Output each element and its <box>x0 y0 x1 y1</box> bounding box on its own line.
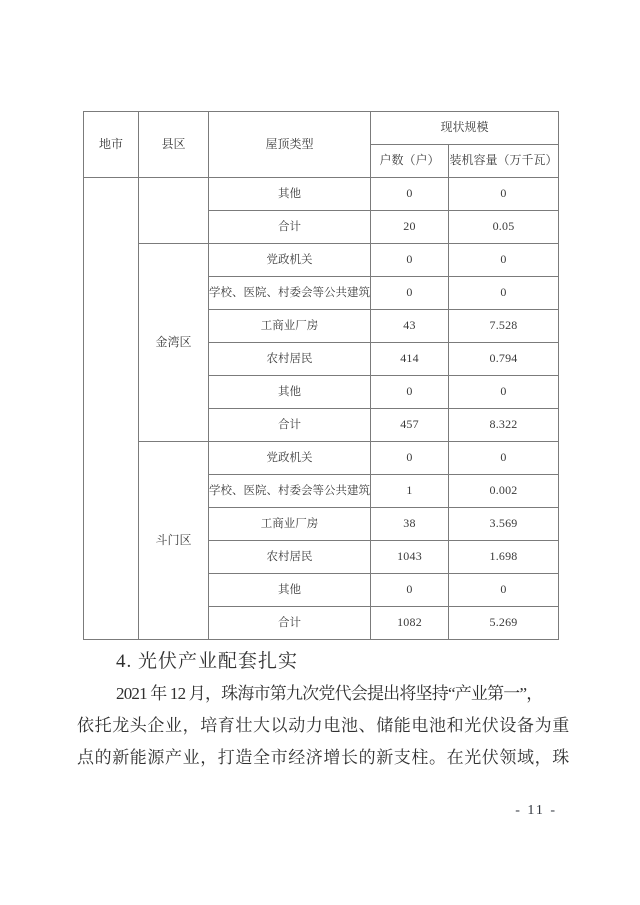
households-cell: 1082 <box>371 607 449 640</box>
capacity-cell: 0 <box>449 244 559 277</box>
rooftype-cell: 农村居民 <box>209 541 371 574</box>
header-cell-county: 县区 <box>139 112 209 178</box>
capacity-cell: 0 <box>449 442 559 475</box>
table-row: 其他00 <box>84 178 559 211</box>
rooftype-cell: 合计 <box>209 409 371 442</box>
rooftype-cell: 工商业厂房 <box>209 310 371 343</box>
capacity-cell: 5.269 <box>449 607 559 640</box>
capacity-cell: 0.05 <box>449 211 559 244</box>
rooftype-cell: 党政机关 <box>209 442 371 475</box>
capacity-cell: 0.794 <box>449 343 559 376</box>
document-page: 地市 县区 屋顶类型 现状规模 户数（户） 装机容量（万千瓦） 其他00合计20… <box>0 0 640 905</box>
rooftype-cell: 其他 <box>209 376 371 409</box>
capacity-cell: 0 <box>449 574 559 607</box>
households-cell: 1 <box>371 475 449 508</box>
households-cell: 0 <box>371 442 449 475</box>
rooftype-cell: 其他 <box>209 178 371 211</box>
households-cell: 43 <box>371 310 449 343</box>
rooftop-pv-table: 地市 县区 屋顶类型 现状规模 户数（户） 装机容量（万千瓦） 其他00合计20… <box>83 111 559 640</box>
county-cell: 金湾区 <box>139 244 209 442</box>
households-cell: 1043 <box>371 541 449 574</box>
county-cell: 斗门区 <box>139 442 209 640</box>
county-cell <box>139 178 209 244</box>
header-cell-rooftype: 屋顶类型 <box>209 112 371 178</box>
rooftype-cell: 农村居民 <box>209 343 371 376</box>
rooftype-cell: 合计 <box>209 211 371 244</box>
rooftype-cell: 其他 <box>209 574 371 607</box>
rooftype-cell: 工商业厂房 <box>209 508 371 541</box>
section-heading: 4. 光伏产业配套扎实 <box>116 651 298 673</box>
capacity-cell: 0.002 <box>449 475 559 508</box>
households-cell: 414 <box>371 343 449 376</box>
capacity-cell: 0 <box>449 178 559 211</box>
households-cell: 20 <box>371 211 449 244</box>
header-cell-city: 地市 <box>84 112 139 178</box>
capacity-cell: 0 <box>449 277 559 310</box>
rooftype-cell: 学校、医院、村委会等公共建筑 <box>209 277 371 310</box>
rooftype-cell: 党政机关 <box>209 244 371 277</box>
header-cell-capacity: 装机容量（万千瓦） <box>449 145 559 178</box>
table-row: 斗门区党政机关00 <box>84 442 559 475</box>
households-cell: 0 <box>371 376 449 409</box>
paragraph-line-1: 2021 年 12 月，珠海市第九次党代会提出将坚持“产业第一”， <box>116 684 542 704</box>
table-row: 金湾区党政机关00 <box>84 244 559 277</box>
households-cell: 0 <box>371 574 449 607</box>
capacity-cell: 7.528 <box>449 310 559 343</box>
households-cell: 0 <box>371 277 449 310</box>
households-cell: 0 <box>371 178 449 211</box>
header-cell-scale: 现状规模 <box>371 112 559 145</box>
capacity-cell: 0 <box>449 376 559 409</box>
paragraph-line-2: 依托龙头企业，培育壮大以动力电池、储能电池和光伏设备为重 <box>77 716 570 736</box>
households-cell: 38 <box>371 508 449 541</box>
paragraph-line-3: 点的新能源产业，打造全市经济增长的新支柱。在光伏领域，珠 <box>77 748 570 768</box>
table-header-row-1: 地市 县区 屋顶类型 现状规模 <box>84 112 559 145</box>
capacity-cell: 3.569 <box>449 508 559 541</box>
rooftype-cell: 合计 <box>209 607 371 640</box>
city-cell <box>84 178 139 640</box>
capacity-cell: 8.322 <box>449 409 559 442</box>
households-cell: 457 <box>371 409 449 442</box>
header-cell-households: 户数（户） <box>371 145 449 178</box>
capacity-cell: 1.698 <box>449 541 559 574</box>
page-number: - 11 - <box>515 803 557 819</box>
households-cell: 0 <box>371 244 449 277</box>
rooftype-cell: 学校、医院、村委会等公共建筑 <box>209 475 371 508</box>
